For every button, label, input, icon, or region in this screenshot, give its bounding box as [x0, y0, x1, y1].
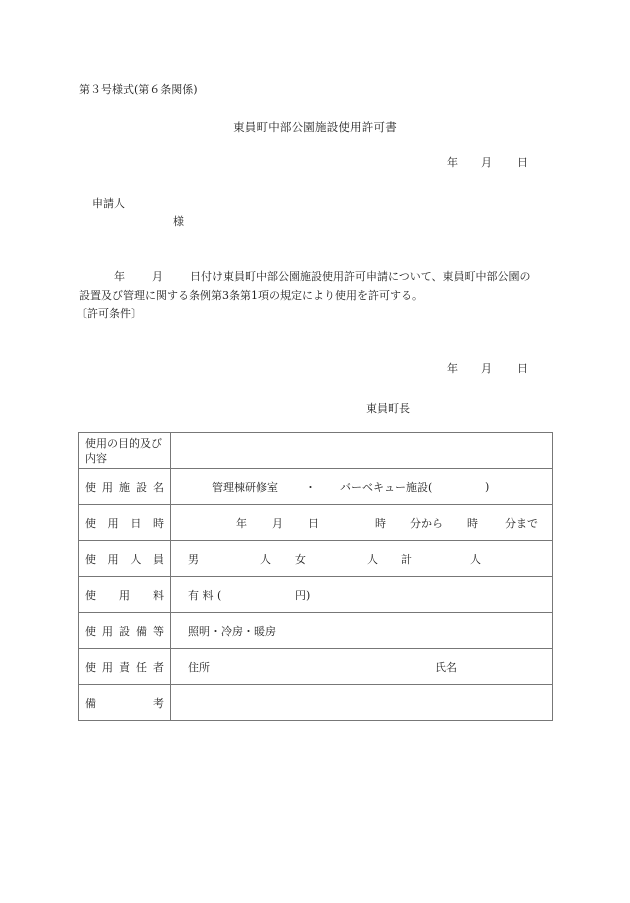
- date-year: 年: [447, 154, 481, 170]
- date-day: 日: [517, 360, 528, 376]
- document-title: 東員町中部公園施設使用許可書: [0, 119, 630, 135]
- male-unit: 人: [260, 551, 271, 567]
- table-row-fee: 使用料 有 料 ( 円): [79, 577, 553, 613]
- row-label: 使用施設名: [79, 469, 171, 505]
- date-day: 日: [517, 154, 528, 170]
- start-hour: 時: [375, 515, 386, 531]
- address-label: 住所: [188, 659, 210, 675]
- body-text: 日付け東員町中部公園施設使用許可申請について、東員町中部公園の: [190, 270, 531, 283]
- table-row-equipment: 使用設備等 照明・冷房・暖房: [79, 613, 553, 649]
- row-label: 使用責任者: [79, 649, 171, 685]
- female-unit: 人: [367, 551, 378, 567]
- permit-details-table: 使用の目的及び内容 使用施設名 管理棟研修室 ・ バーベキュー施設( ) 使用日…: [78, 432, 553, 721]
- row-label: 備考: [79, 685, 171, 721]
- facility-bbq-close: ): [485, 480, 489, 493]
- fee-paid-label: 有 料 (: [188, 587, 221, 603]
- row-label: 使用日時: [79, 505, 171, 541]
- applicant-honorific: 様: [173, 213, 184, 229]
- date-month: 月: [481, 154, 517, 170]
- facility-separator: ・: [305, 479, 316, 495]
- datetime-field[interactable]: 年 月 日 時 分から 時 分まで: [171, 505, 553, 541]
- total-unit: 人: [470, 551, 481, 567]
- male-label: 男: [188, 551, 199, 567]
- date-year: 年: [447, 360, 481, 376]
- issue-date-bottom: 年月日: [447, 360, 528, 376]
- table-row-responsible: 使用責任者 住所 氏名: [79, 649, 553, 685]
- remarks-field[interactable]: [171, 685, 553, 721]
- applicant-label: 申請人: [92, 195, 125, 211]
- table-row-datetime: 使用日時 年 月 日 時 分から 時 分まで: [79, 505, 553, 541]
- fee-yen-label: 円): [295, 587, 310, 603]
- use-day: 日: [308, 515, 319, 531]
- use-year: 年: [236, 515, 247, 531]
- persons-field[interactable]: 男 人 女 人 計 人: [171, 541, 553, 577]
- purpose-field[interactable]: [171, 433, 553, 469]
- facility-field[interactable]: 管理棟研修室 ・ バーベキュー施設( ): [171, 469, 553, 505]
- body-text-line1: 年月日付け東員町中部公園施設使用許可申請について、東員町中部公園の: [79, 268, 531, 284]
- table-row-persons: 使用人員 男 人 女 人 計 人: [79, 541, 553, 577]
- issue-date-top: 年月日: [447, 154, 528, 170]
- body-month: 月: [152, 270, 163, 283]
- fee-field[interactable]: 有 料 ( 円): [171, 577, 553, 613]
- row-label: 使用料: [79, 577, 171, 613]
- end-hour: 時: [467, 515, 478, 531]
- facility-option-training-room[interactable]: 管理棟研修室: [212, 479, 278, 495]
- table-row-remarks: 備考: [79, 685, 553, 721]
- female-label: 女: [295, 551, 306, 567]
- name-label: 氏名: [435, 659, 457, 675]
- responsible-field[interactable]: 住所 氏名: [171, 649, 553, 685]
- row-label: 使用設備等: [79, 613, 171, 649]
- start-minute: 分から: [410, 515, 443, 531]
- issuer-name: 東員町長: [366, 400, 410, 416]
- form-number: 第３号様式(第６条関係): [79, 81, 198, 97]
- total-label: 計: [401, 551, 412, 567]
- use-month: 月: [272, 515, 283, 531]
- equipment-field[interactable]: 照明・冷房・暖房: [171, 613, 553, 649]
- permit-conditions-label: 〔許可条件〕: [76, 305, 142, 321]
- body-text-line2: 設置及び管理に関する条例第3条第1項の規定により使用を許可する。: [79, 287, 423, 303]
- body-year: 年: [114, 270, 125, 283]
- table-row-facility: 使用施設名 管理棟研修室 ・ バーベキュー施設( ): [79, 469, 553, 505]
- table-row-purpose: 使用の目的及び内容: [79, 433, 553, 469]
- row-label: 使用人員: [79, 541, 171, 577]
- facility-option-bbq[interactable]: バーベキュー施設(: [340, 479, 432, 495]
- end-minute: 分まで: [505, 515, 538, 531]
- row-label: 使用の目的及び内容: [79, 433, 171, 469]
- date-month: 月: [481, 360, 517, 376]
